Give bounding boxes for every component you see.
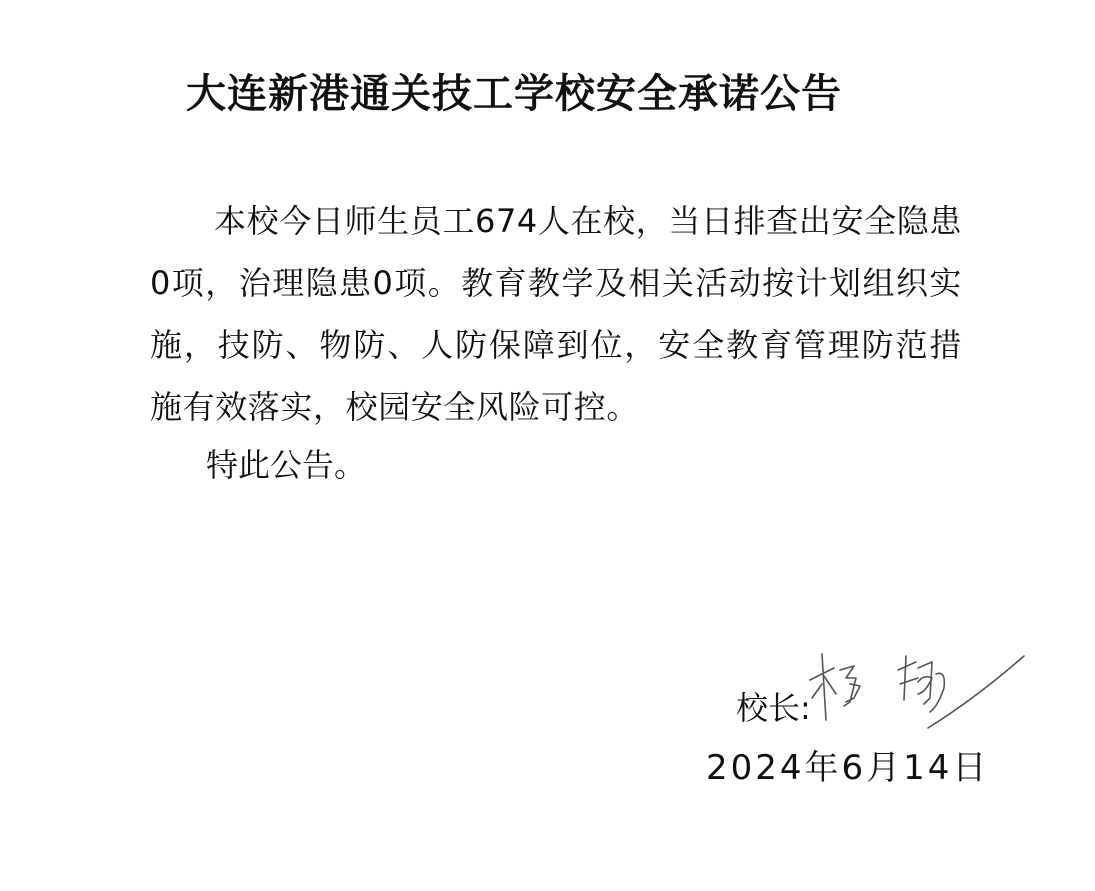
closing-line: 特此公告。	[206, 434, 366, 496]
announcement-date: 2024年6月14日	[706, 742, 989, 794]
principal-label: 校长:	[736, 682, 811, 734]
signature-icon	[806, 648, 1036, 733]
announcement-title: 大连新港通关技工学校安全承诺公告	[186, 66, 906, 122]
body-paragraph: 本校今日师生员工674人在校，当日排查出安全隐患0项，治理隐患0项。教育教学及相…	[150, 190, 962, 438]
announcement-body: 本校今日师生员工674人在校，当日排查出安全隐患0项，治理隐患0项。教育教学及相…	[150, 190, 962, 438]
